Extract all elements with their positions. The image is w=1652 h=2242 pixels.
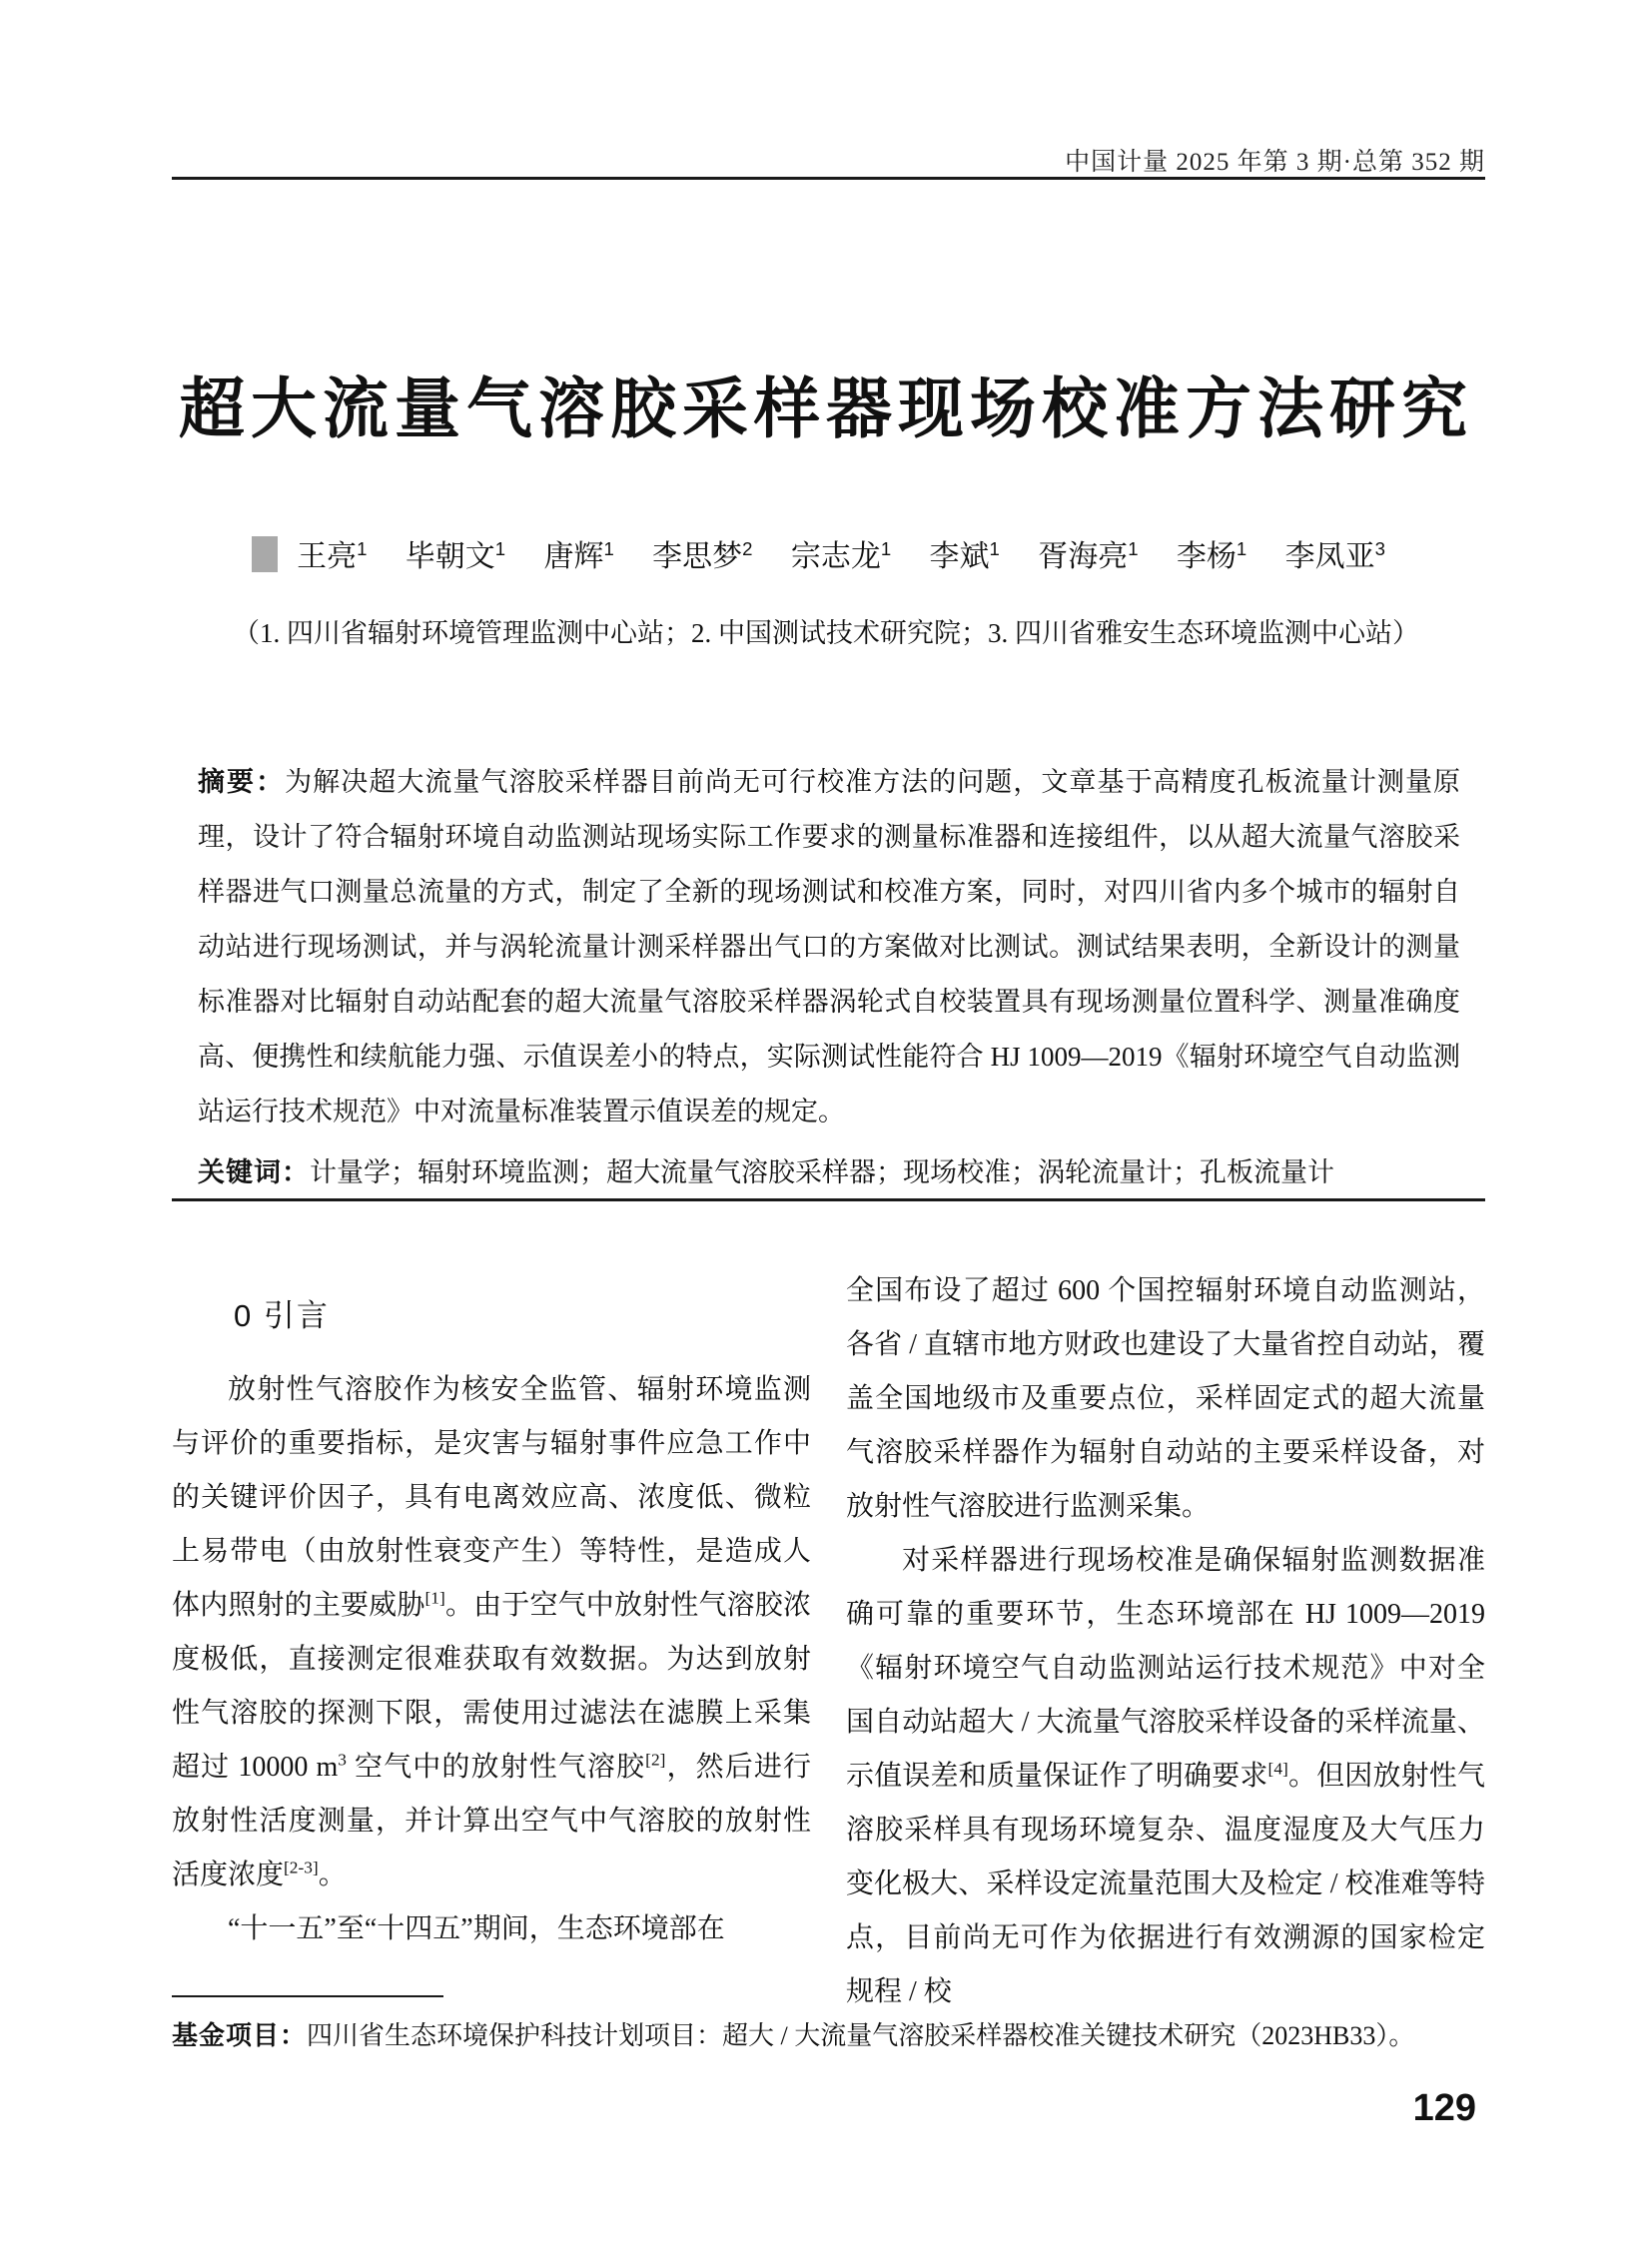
affiliations-line: （1. 四川省辐射环境管理监测中心站；2. 中国测试技术研究院；3. 四川省雅安… (0, 611, 1652, 650)
author-affiliation-sup: 2 (742, 538, 752, 559)
journal-page: 中国计量 2025 年第 3 期·总第 352 期 超大流量气溶胶采样器现场校准… (0, 0, 1652, 2242)
author-affiliation-sup: 1 (1128, 538, 1138, 559)
running-head: 中国计量 2025 年第 3 期·总第 352 期 (1065, 142, 1485, 178)
author-name: 毕朝文 (406, 540, 495, 573)
author-name: 唐辉 (543, 540, 603, 573)
author-affiliation-sup: 3 (1375, 538, 1385, 559)
page-number: 129 (1413, 2087, 1476, 2130)
right-column: 全国布设了超过 600 个国控辐射环境自动监测站，各省 / 直辖市地方财政也建设… (846, 1264, 1485, 2019)
author-name: 李思梦 (652, 540, 742, 573)
author-name: 李杨 (1177, 540, 1237, 573)
author: 李凤亚3 (1285, 540, 1385, 573)
citation-ref: [1] (425, 1589, 445, 1608)
author-marker-square (252, 536, 278, 572)
author: 王亮1 (297, 540, 367, 573)
intro-paragraph-1: 放射性气溶胶作为核安全监管、辐射环境监测与评价的重要指标，是灾害与辐射事件应急工… (172, 1363, 811, 1902)
author-affiliation-sup: 1 (495, 538, 505, 559)
section-heading-introduction: 0 引言 (234, 1290, 811, 1335)
author-name: 胥海亮 (1038, 540, 1128, 573)
left-column: 0 引言 放射性气溶胶作为核安全监管、辐射环境监测与评价的重要指标，是灾害与辐射… (172, 1264, 811, 2019)
abstract-paragraph: 摘要：为解决超大流量气溶胶采样器目前尚无可行校准方法的问题，文章基于高精度孔板流… (198, 755, 1460, 1139)
author-line: 王亮1 毕朝文1 唐辉1 李思梦2 宗志龙1 李斌1 胥海亮1 李杨1 李凤亚3 (0, 531, 1652, 575)
header-rule (172, 177, 1485, 180)
funding-text: 四川省生态环境保护科技计划项目：超大 / 大流量气溶胶采样器校准关键技术研究（2… (307, 2021, 1414, 2050)
author-affiliation-sup: 1 (881, 538, 891, 559)
intro-paragraph-2-continued: 全国布设了超过 600 个国控辐射环境自动监测站，各省 / 直辖市地方财政也建设… (846, 1264, 1485, 1534)
citation-ref: [4] (1268, 1760, 1288, 1779)
intro-paragraph-3: 对采样器进行现场校准是确保辐射监测数据准确可靠的重要环节，生态环境部在 HJ 1… (846, 1534, 1485, 2019)
author-name: 宗志龙 (791, 540, 881, 573)
author-affiliation-sup: 1 (357, 538, 367, 559)
author: 毕朝文1 (406, 540, 505, 573)
abstract-divider-rule (172, 1198, 1485, 1201)
abstract-block: 摘要：为解决超大流量气溶胶采样器目前尚无可行校准方法的问题，文章基于高精度孔板流… (198, 755, 1460, 1200)
abstract-text: 为解决超大流量气溶胶采样器目前尚无可行校准方法的问题，文章基于高精度孔板流量计测… (198, 767, 1460, 1126)
intro-paragraph-2: “十一五”至“十四五”期间，生态环境部在 (172, 1902, 811, 1956)
body-columns: 0 引言 放射性气溶胶作为核安全监管、辐射环境监测与评价的重要指标，是灾害与辐射… (172, 1264, 1485, 2019)
author: 李斌1 (930, 540, 1000, 573)
author: 李杨1 (1177, 540, 1246, 573)
author: 李思梦2 (652, 540, 752, 573)
author-affiliation-sup: 1 (1237, 538, 1246, 559)
funding-label: 基金项目： (172, 2020, 307, 2050)
keywords-label: 关键词： (198, 1157, 310, 1187)
exponent: 3 (338, 1751, 347, 1770)
author-affiliation-sup: 1 (603, 538, 613, 559)
funding-footnote: 基金项目：四川省生态环境保护科技计划项目：超大 / 大流量气溶胶采样器校准关键技… (172, 2013, 1485, 2058)
author: 唐辉1 (543, 540, 613, 573)
citation-ref: [2-3] (284, 1859, 319, 1877)
keywords-text: 计量学；辐射环境监测；超大流量气溶胶采样器；现场校准；涡轮流量计；孔板流量计 (310, 1157, 1334, 1187)
keywords-line: 关键词：计量学；辐射环境监测；超大流量气溶胶采样器；现场校准；涡轮流量计；孔板流… (198, 1145, 1460, 1200)
footnote-rule (172, 1995, 443, 1997)
citation-ref: [2] (645, 1751, 665, 1770)
author-name: 李凤亚 (1285, 540, 1375, 573)
abstract-label: 摘要： (198, 767, 285, 797)
author-name: 王亮 (297, 540, 357, 573)
author-name: 李斌 (930, 540, 990, 573)
author: 胥海亮1 (1038, 540, 1138, 573)
author-affiliation-sup: 1 (990, 538, 1000, 559)
author: 宗志龙1 (791, 540, 891, 573)
article-title: 超大流量气溶胶采样器现场校准方法研究 (0, 356, 1652, 450)
